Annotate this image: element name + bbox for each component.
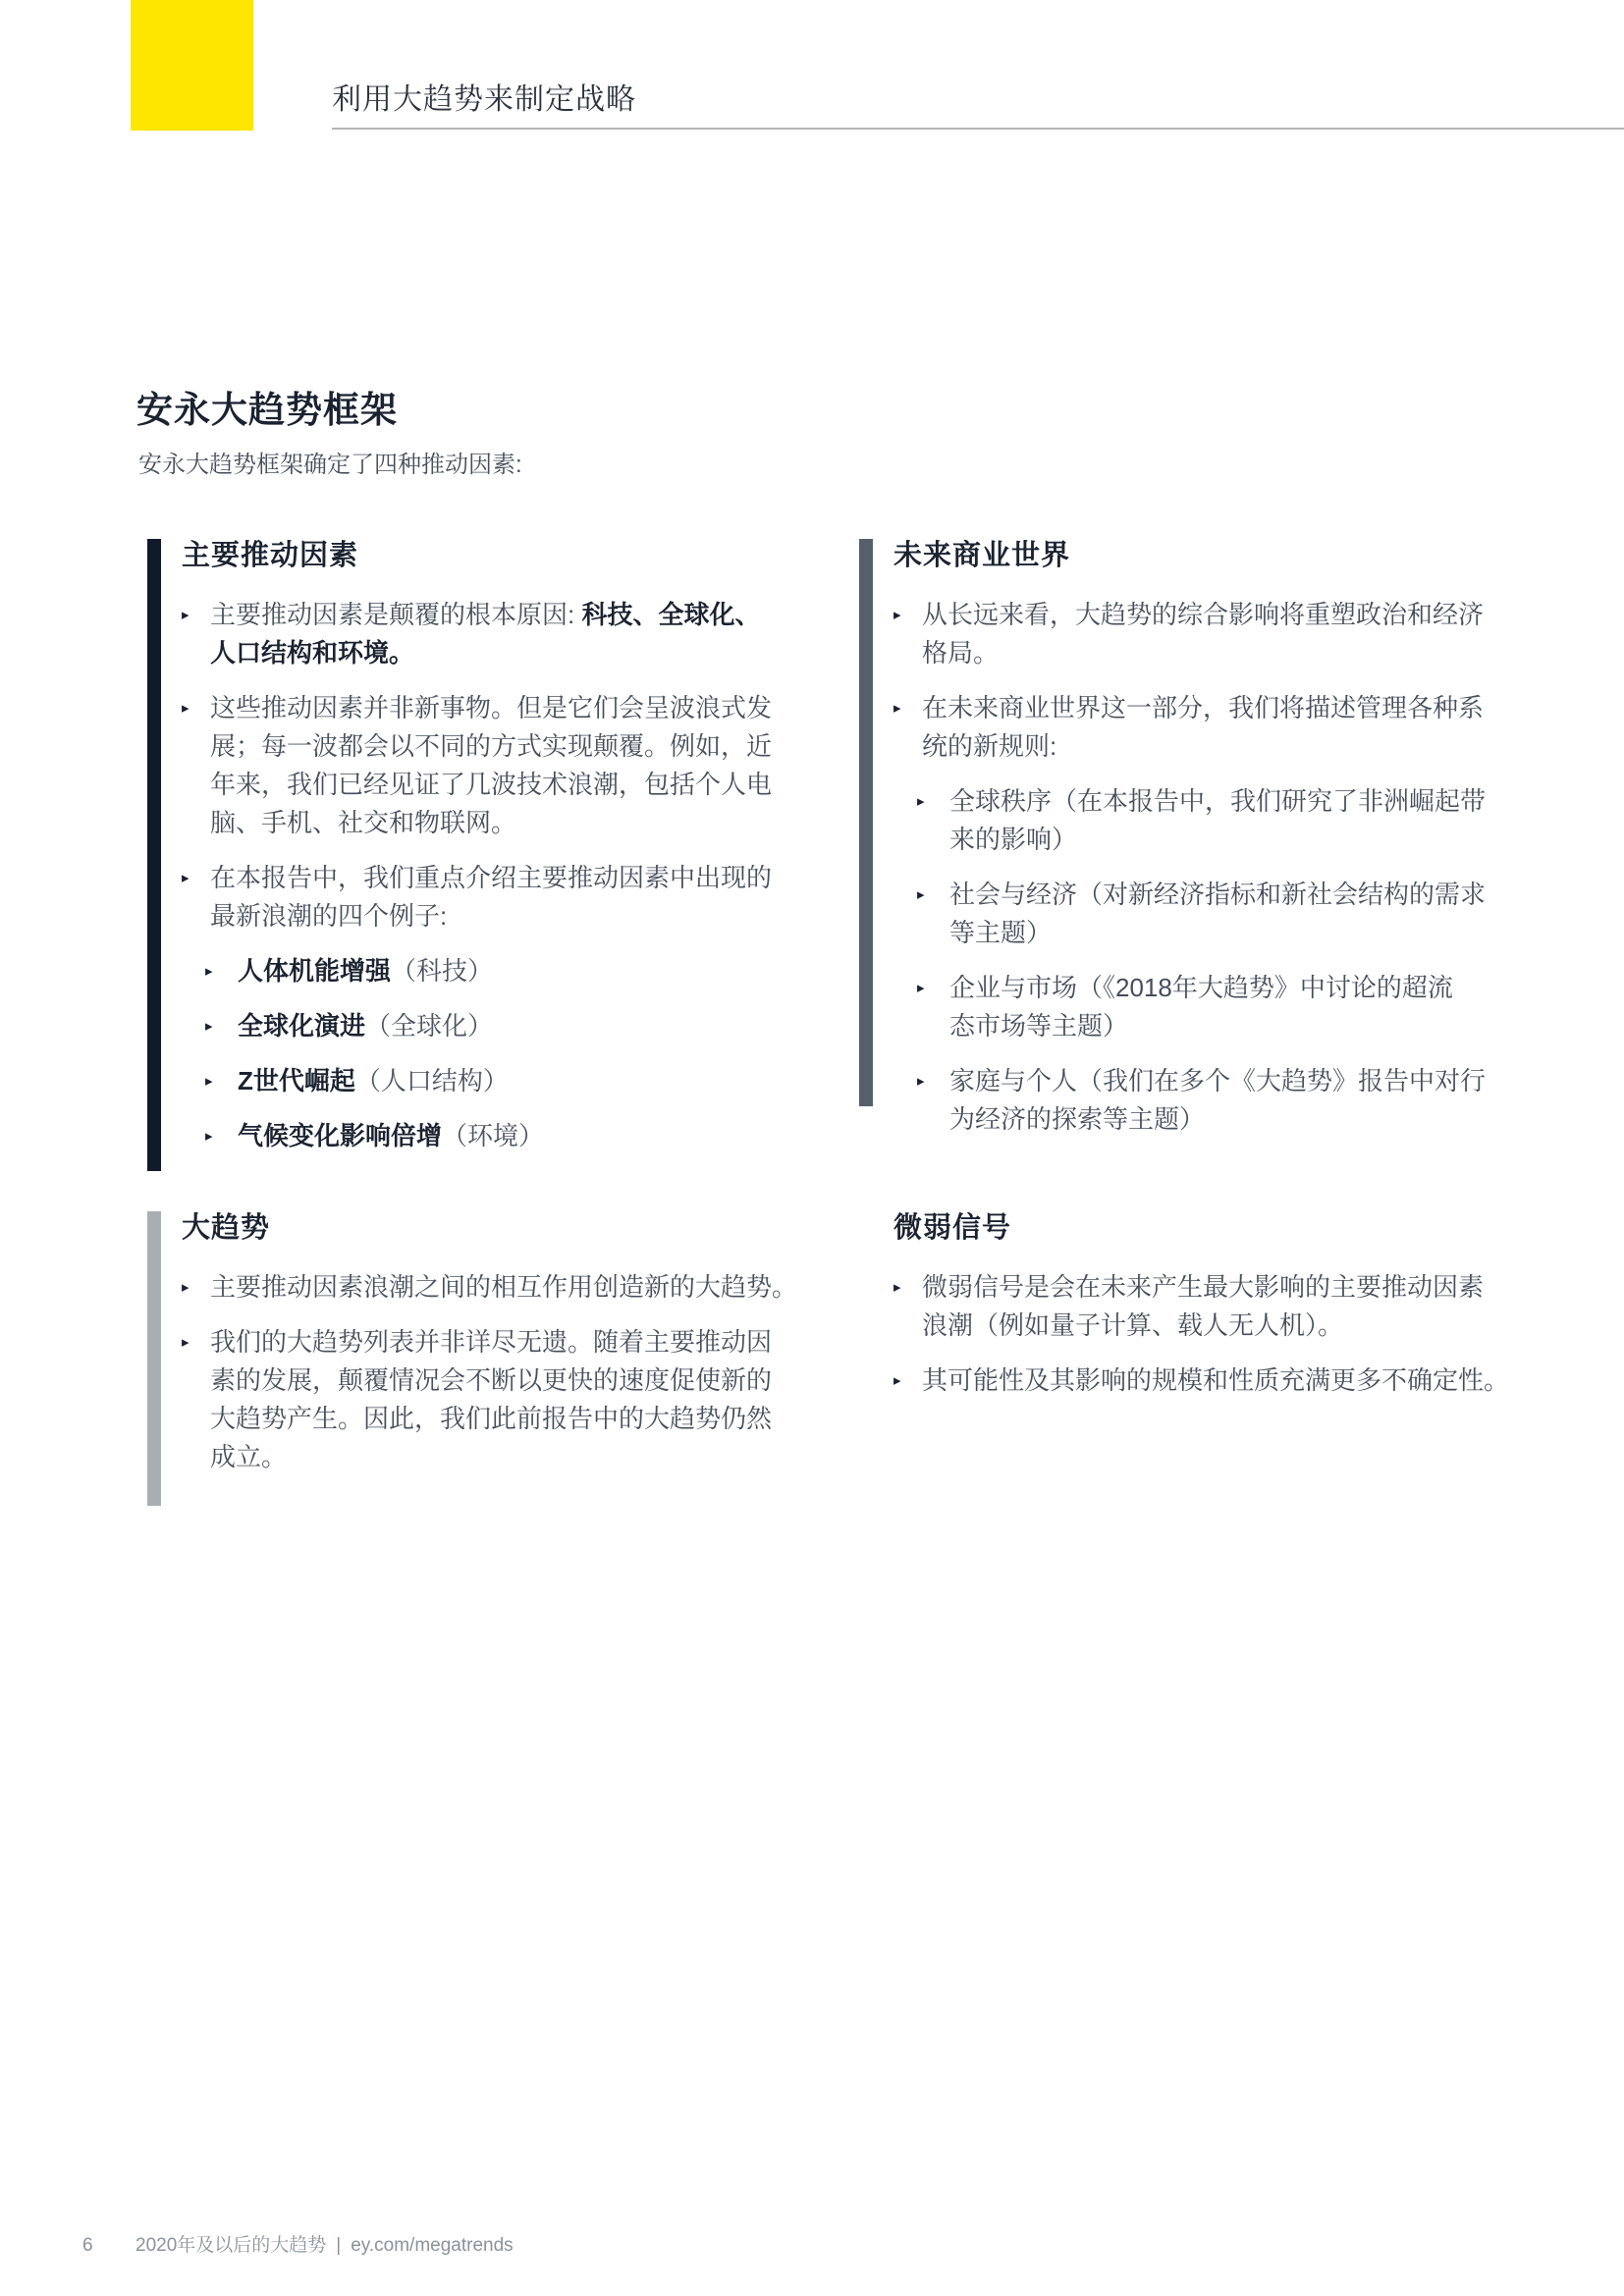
- bullet-text: 从长远来看，大趋势的综合影响将重塑政治和经济 格局。: [922, 596, 1551, 672]
- triangle-bullet-icon: ▸: [917, 969, 949, 1007]
- triangle-bullet-icon: ▸: [182, 1268, 210, 1307]
- example-name: Z世代崛起: [238, 1066, 355, 1095]
- footer-url: ey.com/megatrends: [351, 2234, 513, 2258]
- sub-bullet-list: ▸ 人体机能增强（科技） ▸ 全球化演进（全球化） ▸ Z世代崛起（人口结构） …: [205, 952, 825, 1155]
- footer: 2020年及以后的大趋势 | ey.com/megatrends: [135, 2234, 514, 2258]
- triangle-bullet-icon: ▸: [182, 1323, 210, 1362]
- triangle-bullet-icon: ▸: [917, 876, 949, 914]
- triangle-bullet-icon: ▸: [893, 689, 922, 727]
- sub-bullet-text: 家庭与个人（我们在多个《大趋势》报告中对行 为经济的探索等主题）: [949, 1062, 1551, 1139]
- sub-bullet-text: 企业与市场（《2018年大趋势》中讨论的超流 态市场等主题）: [949, 969, 1551, 1045]
- sub-bullet-text: 人体机能增强（科技）: [238, 952, 825, 990]
- section-accent-bar: [147, 1211, 161, 1506]
- example-name: 人体机能增强: [238, 956, 391, 986]
- triangle-bullet-icon: ▸: [893, 1362, 922, 1400]
- example-category: （全球化）: [365, 1011, 493, 1041]
- footer-separator: |: [336, 2234, 341, 2258]
- sub-bullet-item: ▸ 全球秩序（在本报告中，我们研究了非洲崛起带 来的影响）: [917, 782, 1551, 859]
- section-primary-drivers: 主要推动因素 ▸ 主要推动因素是颠覆的根本原因: 科技、全球化、 人口结构和环境…: [147, 539, 825, 1172]
- bullet-item: ▸ 微弱信号是会在未来产生最大影响的主要推动因素 浪潮（例如量子计算、载人无人机…: [893, 1268, 1551, 1345]
- triangle-bullet-icon: ▸: [917, 782, 949, 821]
- triangle-bullet-icon: ▸: [893, 1268, 922, 1307]
- sub-bullet-text: 全球秩序（在本报告中，我们研究了非洲崛起带 来的影响）: [949, 782, 1551, 859]
- bullet-item: ▸ 我们的大趋势列表并非详尽无遗。随着主要推动因 素的发展，颠覆情况会不断以更快…: [182, 1323, 825, 1476]
- sub-bullet-item: ▸ 人体机能增强（科技）: [205, 952, 825, 990]
- triangle-bullet-icon: ▸: [205, 952, 238, 990]
- section-accent-bar: [859, 539, 873, 1106]
- example-category: （科技）: [391, 956, 493, 986]
- triangle-bullet-icon: ▸: [917, 1062, 949, 1100]
- bullet-text: 其可能性及其影响的规模和性质充满更多不确定性。: [922, 1362, 1551, 1400]
- sub-bullet-item: ▸ 社会与经济（对新经济指标和新社会结构的需求 等主题）: [917, 876, 1551, 952]
- sub-bullet-item: ▸ 气候变化影响倍增（环境）: [205, 1117, 825, 1155]
- bullet-item: ▸ 其可能性及其影响的规模和性质充满更多不确定性。: [893, 1362, 1551, 1400]
- bullet-text: 这些推动因素并非新事物。但是它们会呈波浪式发 展；每一波都会以不同的方式实现颠覆…: [210, 689, 825, 842]
- triangle-bullet-icon: ▸: [205, 1062, 238, 1100]
- example-name: 气候变化影响倍增: [238, 1121, 442, 1150]
- bullet-text: 在未来商业世界这一部分，我们将描述管理各种系 统的新规则:: [922, 689, 1551, 766]
- footer-doc-title: 2020年及以后的大趋势: [135, 2234, 326, 2258]
- sub-bullet-text: 气候变化影响倍增（环境）: [238, 1117, 825, 1155]
- sub-bullet-text: Z世代崛起（人口结构）: [238, 1062, 825, 1100]
- bullet-text: 在本报告中，我们重点介绍主要推动因素中出现的 最新浪潮的四个例子:: [210, 859, 825, 935]
- section-title: 大趋势: [182, 1211, 825, 1245]
- bullet-text: 主要推动因素是颠覆的根本原因: 科技、全球化、 人口结构和环境。: [210, 596, 825, 672]
- header-divider-line: [332, 128, 1624, 130]
- bullet-item: ▸ 在本报告中，我们重点介绍主要推动因素中出现的 最新浪潮的四个例子:: [182, 859, 825, 935]
- sub-bullet-item: ▸ 家庭与个人（我们在多个《大趋势》报告中对行 为经济的探索等主题）: [917, 1062, 1551, 1139]
- page-subtitle: 安永大趋势框架确定了四种推动因素:: [138, 450, 522, 481]
- triangle-bullet-icon: ▸: [182, 859, 210, 897]
- sub-bullet-text: 全球化演进（全球化）: [238, 1007, 825, 1045]
- sub-bullet-item: ▸ Z世代崛起（人口结构）: [205, 1062, 825, 1100]
- sub-bullet-item: ▸ 全球化演进（全球化）: [205, 1007, 825, 1045]
- bullet-text: 主要推动因素浪潮之间的相互作用创造新的大趋势。: [210, 1268, 825, 1307]
- triangle-bullet-icon: ▸: [893, 596, 922, 634]
- section-future-business-world: 未来商业世界 ▸ 从长远来看，大趋势的综合影响将重塑政治和经济 格局。 ▸ 在未…: [859, 539, 1551, 1155]
- bullet-text: 我们的大趋势列表并非详尽无遗。随着主要推动因 素的发展，颠覆情况会不断以更快的速…: [210, 1323, 825, 1476]
- triangle-bullet-icon: ▸: [205, 1007, 238, 1045]
- sub-bullet-list: ▸ 全球秩序（在本报告中，我们研究了非洲崛起带 来的影响） ▸ 社会与经济（对新…: [917, 782, 1551, 1139]
- triangle-bullet-icon: ▸: [182, 596, 210, 634]
- sub-bullet-text: 社会与经济（对新经济指标和新社会结构的需求 等主题）: [949, 876, 1551, 952]
- section-weak-signals: 微弱信号 ▸ 微弱信号是会在未来产生最大影响的主要推动因素 浪潮（例如量子计算、…: [859, 1211, 1551, 1416]
- bullet-text: 微弱信号是会在未来产生最大影响的主要推动因素 浪潮（例如量子计算、载人无人机）。: [922, 1268, 1551, 1345]
- example-category: （人口结构）: [355, 1066, 509, 1095]
- bullet-item: ▸ 在未来商业世界这一部分，我们将描述管理各种系 统的新规则:: [893, 689, 1551, 766]
- page-number: 6: [82, 2234, 93, 2258]
- running-header-title: 利用大趋势来制定战略: [332, 82, 636, 118]
- bullet-text-normal: 主要推动因素是颠覆的根本原因:: [210, 600, 581, 629]
- bullet-item: ▸ 这些推动因素并非新事物。但是它们会呈波浪式发 展；每一波都会以不同的方式实现…: [182, 689, 825, 842]
- triangle-bullet-icon: ▸: [205, 1117, 238, 1155]
- section-title: 未来商业世界: [893, 539, 1551, 572]
- triangle-bullet-icon: ▸: [182, 689, 210, 727]
- document-page: 利用大趋势来制定战略 安永大趋势框架 安永大趋势框架确定了四种推动因素: 主要推…: [0, 0, 1624, 2296]
- page-title: 安永大趋势框架: [136, 389, 398, 432]
- section-title: 微弱信号: [893, 1211, 1551, 1245]
- example-category: （环境）: [442, 1121, 544, 1150]
- bullet-item: ▸ 从长远来看，大趋势的综合影响将重塑政治和经济 格局。: [893, 596, 1551, 672]
- section-title: 主要推动因素: [182, 539, 825, 572]
- example-name: 全球化演进: [238, 1011, 365, 1041]
- bullet-item: ▸ 主要推动因素是颠覆的根本原因: 科技、全球化、 人口结构和环境。: [182, 596, 825, 672]
- bullet-item: ▸ 主要推动因素浪潮之间的相互作用创造新的大趋势。: [182, 1268, 825, 1307]
- section-accent-bar: [147, 539, 161, 1171]
- section-megatrends: 大趋势 ▸ 主要推动因素浪潮之间的相互作用创造新的大趋势。 ▸ 我们的大趋势列表…: [147, 1211, 825, 1493]
- sub-bullet-item: ▸ 企业与市场（《2018年大趋势》中讨论的超流 态市场等主题）: [917, 969, 1551, 1045]
- ey-brand-square: [131, 0, 253, 131]
